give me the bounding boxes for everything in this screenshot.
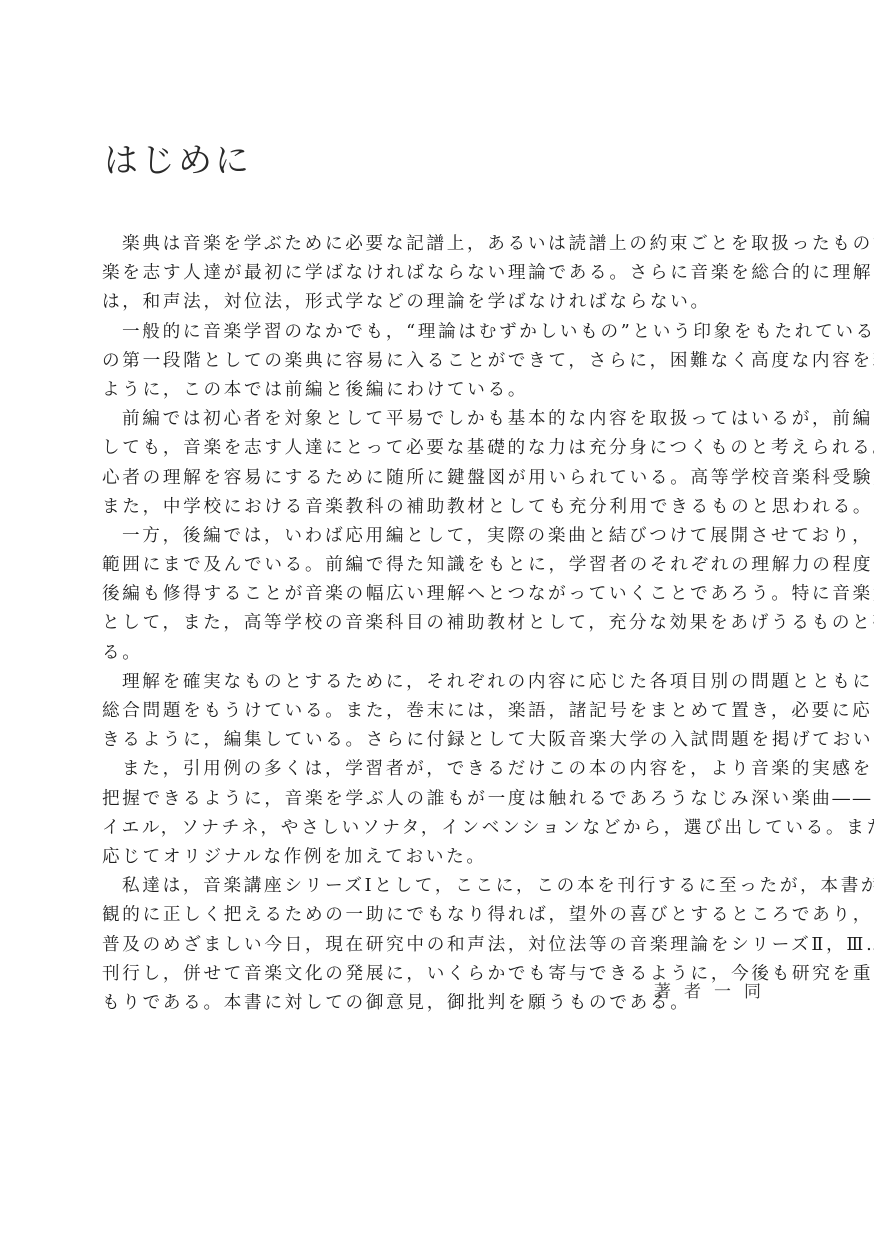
paragraph: 前編では初心者を対象として平易でしかも基本的な内容を取扱ってはいるが，前編のみを…: [102, 405, 792, 522]
text-line: の第一段階としての楽典に容易に入ることができて，さらに，困難なく高度な内容を理解…: [102, 347, 792, 376]
page-title: はじめに: [104, 141, 252, 181]
text-line: 一方，後編では，いわば応用編として，実際の楽曲と結びつけて展開させており，かなり…: [102, 522, 792, 551]
text-line: 後編も修得することが音楽の幅広い理解へとつながっていくことであろう。特に音楽大学…: [102, 580, 792, 609]
paragraph: 楽典は音楽を学ぶために必要な記譜上，あるいは読譜上の約束ごとを取扱ったものであり…: [102, 230, 792, 318]
text-line: 楽典は音楽を学ぶために必要な記譜上，あるいは読譜上の約束ごとを取扱ったものであり…: [102, 230, 792, 259]
text-line: 私達は，音楽講座シリーズⅠとして，ここに，この本を刊行するに至ったが，本書が音楽…: [102, 872, 792, 901]
text-line: 応じてオリジナルな作例を加えておいた。: [102, 843, 792, 872]
paragraph: 一般的に音楽学習のなかでも，“理論はむずかしいもの”という印象をもたれている。音…: [102, 318, 792, 406]
text-line: きるように，編集している。さらに付録として大阪音楽大学の入試問題を掲げておいた。: [102, 726, 792, 755]
text-line: 一般的に音楽学習のなかでも，“理論はむずかしいもの”という印象をもたれている。音…: [102, 318, 792, 347]
text-line: また，中学校における音楽教科の補助教材としても充分利用できるものと思われる。: [102, 493, 792, 522]
text-line: 把握できるように，音楽を学ぶ人の誰もが一度は触れるであろうなじみ深い楽曲――おも…: [102, 785, 792, 814]
document-page: はじめに 楽典は音楽を学ぶために必要な記譜上，あるいは読譜上の約束ごとを取扱った…: [0, 0, 874, 1236]
text-line: ように，この本では前編と後編にわけている。: [102, 376, 792, 405]
text-line: 楽を志す人達が最初に学ばなければならない理論である。さらに音楽を総合的に理解する…: [102, 259, 792, 288]
author-signature: 著者一同: [654, 980, 774, 1004]
text-line: 理解を確実なものとするために，それぞれの内容に応じた各項目別の問題とともに，各章…: [102, 668, 792, 697]
paragraph: また，引用例の多くは，学習者が，できるだけこの本の内容を，より音楽的実感をともな…: [102, 755, 792, 872]
text-line: として，また，高等学校の音楽科目の補助教材として，充分な効果をあげうるものと確信…: [102, 609, 792, 638]
text-line: る。: [102, 639, 792, 668]
preface-body: 楽典は音楽を学ぶために必要な記譜上，あるいは読譜上の約束ごとを取扱ったものであり…: [102, 230, 792, 1018]
text-line: 範囲にまで及んでいる。前編で得た知識をもとに，学習者のそれぞれの理解力の程度に応…: [102, 551, 792, 580]
text-line: 観的に正しく把えるための一助にでもなり得れば，望外の喜びとするところであり，また…: [102, 901, 792, 930]
text-line: 前編では初心者を対象として平易でしかも基本的な内容を取扱ってはいるが，前編のみを…: [102, 405, 792, 434]
text-line: また，引用例の多くは，学習者が，できるだけこの本の内容を，より音楽的実感をともな…: [102, 755, 792, 784]
paragraph: 一方，後編では，いわば応用編として，実際の楽曲と結びつけて展開させており，かなり…: [102, 522, 792, 668]
text-line: は，和声法，対位法，形式学などの理論を学ばなければならない。: [102, 288, 792, 317]
text-line: イエル，ソナチネ，やさしいソナタ，インベンションなどから，選び出している。また，…: [102, 814, 792, 843]
text-line: 心者の理解を容易にするために随所に鍵盤図が用いられている。高等学校音楽科受験用と…: [102, 464, 792, 493]
text-line: 総合問題をもうけている。また，巻末には，楽語，諸記号をまとめて置き，必要に応じて…: [102, 697, 792, 726]
text-line: しても，音楽を志す人達にとって必要な基礎的な力は充分身につくものと考えられる。特…: [102, 434, 792, 463]
text-line: 普及のめざましい今日，現在研究中の和声法，対位法等の音楽理論をシリーズⅡ，Ⅲ………: [102, 931, 792, 960]
paragraph: 理解を確実なものとするために，それぞれの内容に応じた各項目別の問題とともに，各章…: [102, 668, 792, 756]
